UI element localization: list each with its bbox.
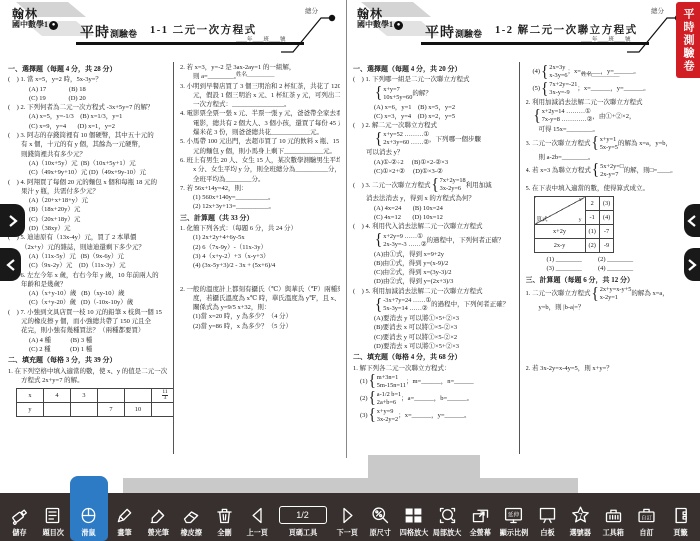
brand-subtitle: 國中數學1● [357,21,403,30]
option-line: (A)（11x-5y）元 (B)（9x-6y）元 [8,252,168,261]
question-line: 可得 15x=________。 [526,125,687,134]
question-line: ( ) 2. 下列何者為二元一次方程式 -3x+5y=7 的解？ [8,103,168,112]
toolbar-mouse-button[interactable]: 滑鼠 [70,476,108,541]
table-cell[interactable]: (2) [585,239,599,253]
page1-column-2: 2. 若 x=3，y=-2 是 3ax-2ay=1 的一組解，則 a=_____… [174,62,345,454]
brace-glyph: { [369,374,376,390]
option-line: (C)①×2+② (D)①×3-② [353,167,514,176]
system-prefix: 4. 若 x=3 為聯立方程式 [526,166,591,175]
option-line: (A)①-②÷2 (B)①×2-②×3 [353,158,514,167]
option-line: (D)要消去 x 可以將①×5+②×3 [353,342,514,351]
brace-glyph: { [375,131,382,147]
table-row: 算式xy2(3) [534,197,614,211]
brace-glyph: { [592,286,599,302]
system-suffix: ，由①+②×2， [592,112,635,121]
equation-line: 2x+3y=60 ……② [383,139,429,147]
question-line: ( ) 3. 阿志的存錢筒裡有 10 個硬幣，其中五十元的 [8,131,168,140]
toolbar-custom-button[interactable]: 自訂自訂 [630,492,663,541]
page-indicator: 1/2 [279,506,327,524]
table-cell[interactable]: -7 [599,225,613,239]
table-cell[interactable]: 2x-y [534,239,585,253]
toolbar-label: 白板 [540,527,554,537]
toolbar-display-ratio-button[interactable]: 延伸顯示比例 [497,492,530,541]
option-line: (B)要消去 x 可以將①×5-②×3 [353,323,514,332]
system-suffix: 的解為 x=a， [631,289,668,298]
question-line: (1) 560x+140y=__________。 [180,193,340,202]
score-label: 總分 [305,6,319,15]
question-line: (1)當 x=20 時，y 為多少？（4 分） [180,312,340,321]
equation-line: 2x+y=x-y+5 [600,286,632,294]
toolbar-label: 四格放大 [400,527,429,537]
save-icon [9,504,30,526]
number-picker-icon: 7 [570,504,591,526]
question-line: 則 a-2b=________。 [526,153,687,162]
chevron-right-icon [8,215,18,227]
prev-page-icon [247,504,268,526]
question-line: 1. 解下列各二元一次聯立方程式： [353,364,514,373]
var-y-label: y [579,217,582,223]
equation-line: 2a+b=6 [377,399,401,407]
option-line: (A) 17 (B) 18 [8,85,168,94]
next-page-icon [337,504,358,526]
table-cell[interactable]: 113 [152,389,175,403]
left-page-back-tab[interactable] [0,248,21,281]
system-suffix: 的解為 x=a，y=b， [618,139,672,148]
publisher-logo: 翰林 國中數學1● [12,8,58,30]
fraction-value: 113 [162,390,167,402]
page2-column-2: (4){2x=3yx-3y=6；x=______，y=______。(5){7x… [520,62,692,454]
option-line: (C) 19 (D) 20 [8,94,168,103]
publisher-logo: 翰林 國中數學1● [357,8,403,30]
equation-system-line: {x+y=710x+5y=60的解？ [353,86,514,102]
option-line: (C) 2 種 (D) 1 種 [8,345,168,354]
equation-system-line: {x+y=52 ………①2x+3y=60 ……②，下列哪一個步驟 [353,131,514,147]
system-prefix: (4) [533,67,541,76]
system-suffix: 利用加減 [466,181,492,190]
page2-header: 翰林 國中數學1● 平時測驗卷 1-2 解二元一次聯立方程式 ____年____… [347,0,691,60]
question-line: ( ) 4. 阿翔買了每個 20 元的麵包 x 個和每瓶 18 元的 [8,178,168,187]
equation-line: x+y=7 [383,86,412,94]
table-cell[interactable]: 2 [585,197,599,211]
equation-line: 7x+2y=-21 [549,81,577,89]
table-cell[interactable]: 7 [98,403,125,417]
equation-line: 2x-3y=-3 ……② [383,241,426,249]
toolbar-eraser-button[interactable]: 橡皮擦 [174,492,207,541]
volume-badge: ● [49,21,58,30]
system-suffix: ；a=______，b=______。 [401,394,473,403]
system-suffix: 的解，則□=____。 [624,166,677,175]
equation-system-line: 4. 若 x=3 為聯立方程式{5x+2y=□2x-y=7的解，則□=____。 [526,163,687,179]
question-line: 2. 若 3x-2y=x-4y=5，則 x+y=？ [526,364,687,373]
option-line: (A)由①式，得到 x=9+2y [353,250,514,259]
toolbar-whiteboard-button[interactable]: 白板 [530,492,563,541]
system-equations: 2x+y=x-y+5x-2y=1 [600,286,632,302]
question-line: (4) (3x-5y+3)/2 - 3x + (5x+6)/4 [180,261,340,270]
brace-glyph: { [592,163,599,179]
fullscreen-icon [470,504,491,526]
expression-table: 算式xy2(3)-1(4)x+2y(1)-72x-y(2)-9 [534,196,615,253]
equation-line: 5x-y=5 [600,144,618,152]
equation-line: x+y=52 ………① [383,131,429,139]
question-line: (2) 6（7x-9y）-（11x-3y） [180,243,340,252]
table-cell[interactable]: (1) [585,225,599,239]
page-tool-icon: 1/2 [279,504,327,526]
page1-body: 一、選擇題（每題 4 分，共 28 分）( ) 1. 當 x=5，y=2 時，5… [2,62,345,454]
page2-body: 一、選擇題（每題 4 分，共 20 分）( ) 1. 下列哪一組是二元一次聯立方… [347,62,691,454]
equation-line: 5x-3y=14 ……② [383,305,431,313]
brace-glyph: { [431,177,438,193]
student-info-blanks: ____年____班____號 姓名__________ [236,12,286,104]
toolbar-delete-all-button[interactable]: 全刪 [208,492,241,541]
display-ratio-icon: 延伸 [503,504,524,526]
system-equations: 7x+2y=-213x-y=-9 [549,81,577,97]
option-line: (A) 4x=24 (B) 10x=24 [353,204,514,213]
option-line: (C)（x+y-20）歲 (D)（-10x-10y）歲 [8,298,168,307]
system-prefix: (2) [360,394,368,403]
brace-glyph: { [369,408,376,424]
whiteboard-icon [537,504,558,526]
option-line: (A)（20+x+18+y）元 [8,196,168,205]
left-panel-expand-tab[interactable] [0,204,25,237]
toolbar-pen-button[interactable]: 畫筆 [108,492,141,541]
equation-system-line: 1. 二元一次聯立方程式{2x+y=x-y+5x-2y=1的解為 x=a， [526,286,687,302]
toolbar-partial-zoom-button[interactable]: 局部放大 [431,492,464,541]
test-sheet-page-2: 翰林 國中數學1● 平時測驗卷 1-2 解二元一次聯立方程式 ____年____… [346,0,691,458]
question-line: y=b，則 |b-a|=？ [526,303,687,312]
equation-line: 2x=3y [549,64,567,72]
brace-glyph: { [541,64,548,80]
table-cell[interactable] [152,403,175,417]
series-bookmark-tab[interactable]: 平時測驗卷 [676,2,700,78]
toolbar-label: 下一頁 [337,527,358,537]
toolbar-label: 全刪 [217,527,231,537]
brace-glyph: { [541,81,548,97]
fill-in-table: x43113y710 [16,388,174,417]
question-line: (2)當 y=86 時，x 為多少？（5 分） [180,322,340,331]
table-cell[interactable] [125,389,152,403]
toolbar-page-tool-button[interactable]: 1/2頁碼工具 [274,492,330,541]
four-grid-zoom-icon [403,504,424,526]
system-prefix: 1. 二元一次聯立方程式 [526,289,591,298]
section-heading: 三、計算題（共 33 分） [180,214,340,223]
option-line: (A) x=5，y=-1/3 (B) x=1/3，y=1 [8,112,168,121]
toolbar-number-picker-button[interactable]: 7選號器 [564,492,597,541]
right-page-forward-tab[interactable] [684,248,700,281]
system-equations: x+y=15x-y=5 [600,136,618,152]
table-cell[interactable]: -9 [599,239,613,253]
system-suffix: 的解？ [412,89,432,98]
equation-line: 5x+2y=□ [600,163,624,171]
toolbar-label: 儲存 [13,527,27,537]
option-line: (A) 4 種 (B) 3 種 [8,336,168,345]
question-line: 果汁 y 瓶，共需付多少元？ [8,187,168,196]
question-line: 則錢筒裡共有多少元？ [8,150,168,159]
system-equations: x+y=710x+5y=60 [383,86,412,102]
question-line: 元的麵包 y 個，則小馬身上剩下____________元。 [180,147,340,156]
question-line: ( ) 4. 利用代入消去法解二元一次聯立方程式 [353,222,514,231]
table-cell[interactable] [71,403,98,417]
equation-line: 3x-2y=6 [440,185,466,193]
table-cell[interactable] [98,389,125,403]
equation-line: 7x+2y=18 [440,177,466,185]
toolbar-label: 橡皮擦 [180,527,201,537]
question-line: 消去法消去 y，得到 x 的方程式為何？ [353,194,514,203]
option-line: (A)（10x+5y）元 (B)（10x+5y+1）元 [8,159,168,168]
system-equations: x+2y=9 ……①2x-3y=-3 ……② [383,233,426,249]
brand-subtitle: 國中數學1● [12,21,58,30]
toolbar-label: 局部放大 [433,527,462,537]
total-score-mark: 總分 [279,2,343,56]
toolbar: 儲存題目次滑鼠畫筆螢光筆橡皮擦全刪上一頁1/2頁碼工具下一頁原尺寸四格放大局部放… [0,493,700,541]
option-line: (3) ________ (4) ________ [526,264,687,273]
exam-viewer-app: 翰林 國中數學1● 平時測驗卷 1-1 二元一次方程式 ____年____班__… [0,0,700,541]
svg-text:7: 7 [578,512,582,521]
question-line: 6. 班上有男生 20 人、女生 15 人，某次數學測驗男生平均 [180,156,340,165]
toolbar-original-size-button[interactable]: 原尺寸 [364,492,397,541]
option-line: (A) x=6，y=1 (B) x=5，y=2 [353,103,514,112]
table-cell[interactable]: 3 [71,389,98,403]
option-line: (A)要消去 y 可以將①×5+②×3 [353,314,514,323]
system-suffix: ；m=______，n=______ [406,377,474,386]
toolbar-highlighter-button[interactable]: 螢光筆 [141,492,174,541]
equation-line: a-1/2 b=1 [377,391,401,399]
system-suffix: ，下列哪一個步驟 [429,135,481,144]
table-cell[interactable]: (3) [599,197,613,211]
section-heading: 三、計算題（每題 6 分，共 12 分） [526,276,687,285]
system-suffix: 的過程中，下列何者正確？ [427,236,505,245]
system-equations: x+y=93x-2y=2 [377,408,398,424]
toolbar-label: 滑鼠 [82,527,96,537]
question-line: ( ) 7. 小強到文具店買一枝 10 元的鉛筆 x 枝與一個 15 [8,308,168,317]
student-info-blanks: ____年____班____號 姓名__________ [581,12,631,104]
table-row: y710 [17,403,175,417]
question-line: 方程式 2x+y=7 的解。 [8,376,168,385]
question-line: 可以消去 y？ [353,148,514,157]
equation-line: 2x-y=7 [600,171,624,179]
system-prefix: ( ) 3. 二元一次聯立方程式 [353,181,430,190]
toolbar-toolbox-button[interactable]: 工具箱 [597,492,630,541]
equation-line: m+3n=1 [377,374,406,382]
question-line: 1. 在下列空格中填入適當的數，使 x、y 的值是二元一次 [8,367,168,376]
spacer [526,312,687,364]
pen-icon [114,504,135,526]
question-line: 1. 化簡下列各式：（每題 6 分，共 24 分） [180,224,340,233]
toolbar-label: 全螢幕 [470,527,491,537]
option-line: (B)（18x+20y）元 [8,205,168,214]
option-line: (C)由②式，得到 x=(3y-3)/2 [353,268,514,277]
page1-header: 翰林 國中數學1● 平時測驗卷 1-1 二元一次方程式 ____年____班__… [2,0,345,60]
table-cell[interactable] [44,403,71,417]
chevron-left-icon [687,215,697,227]
question-line: ( ) 2. 解二元一次聯立方程式 [353,121,514,130]
toolbar-four-grid-zoom-button[interactable]: 四格放大 [397,492,430,541]
option-line: (B)由①式，得到 y=(x-9)/2 [353,259,514,268]
toolbar-label: 頁籤 [673,527,687,537]
page1-column-1: 一、選擇題（每題 4 分，共 28 分）( ) 1. 當 x=5，y=2 時，5… [2,62,174,454]
toolbar-fullscreen-button[interactable]: 全螢幕 [464,492,497,541]
question-line: 5. 小馬帶 100 元出門，去超市買了 10 元的飲料 x 瓶、15 [180,137,340,146]
equation-line: x+y=1 [600,136,618,144]
toolbar-label: 上一頁 [247,527,268,537]
question-line: 花完，則小強有幾種買法？（兩種都要買） [8,326,168,335]
equation-system-line: {-3x+7y=24 ……①5x-3y=14 ……②的過程中，下列何者正確？ [353,297,514,313]
chevron-right-icon [687,259,697,271]
toolbar-label: 工具箱 [603,527,624,537]
toolbar-label: 選號器 [570,527,591,537]
page-tabs-icon [670,504,691,526]
equation-line: x+y=9 [377,408,398,416]
score-label: 總分 [651,6,665,15]
system-equations: x+2y=14 ………①7x-y=8 …………② [542,108,593,124]
toolbar-page-tabs-button[interactable]: 頁籤 [664,492,697,541]
mouse-icon [78,504,99,526]
system-prefix: (5) [533,84,541,93]
question-line: 2. 一般的溫度計上都刻有攝氏（℃）與華氏（℉）兩種刻 [180,285,340,294]
toolbar-save-button[interactable]: 儲存 [3,492,36,541]
option-line: (D)由②式，得到 y=(2x+3)/3 [353,277,514,286]
question-line: 度，若攝氏溫度為 x℃ 時，華氏溫度為 y℉，且 x、y 的 [180,294,340,303]
system-equations: 5x+2y=□2x-y=7 [600,163,624,179]
bottom-gray-panel [368,455,480,493]
question-line: ( ) 5. 利用加減消去法解二元一次聯立方程式 [353,287,514,296]
brace-glyph: { [375,233,382,249]
right-panel-expand-tab[interactable] [684,204,700,237]
question-line: （2x+y）元的雜誌，則迪迪還剩下多少元？ [8,243,168,252]
question-line: 4. 電影票全票一張 x 元、半票一張 y 元，爸爸帶全家去看 [180,109,340,118]
option-line: (C) 4x=12 (D) 10x=12 [353,213,514,222]
question-line: x 分、女生平均 y 分，則全班總分為__________分， [180,165,340,174]
question-line: 全班平均為________分。 [180,175,340,184]
brace-glyph: { [592,136,599,152]
table-cell[interactable]: 10 [125,403,152,417]
table-cell[interactable]: -1 [585,211,599,225]
toolbar-label: 題目次 [42,527,63,537]
equation-system-line: {x+2y=14 ………①7x-y=8 …………②，由①+②×2， [526,108,687,124]
section-heading: 一、選擇題（每題 4 分，共 20 分） [353,65,514,74]
question-line: (2) 12x+3y+13=__________。 [180,202,340,211]
equation-line: 10x+5y=60 [383,94,412,102]
toolbar-label: 畫筆 [117,527,131,537]
system-suffix: 的過程中，下列何者正確？ [431,300,509,309]
equation-line: x-2y=1 [600,294,632,302]
question-line: 電影，總共有 2 個大人、3 個小孩，還買了每份 45 元的 [180,119,340,128]
option-line: (1) ________ (2) ________ [526,255,687,264]
table-row: 2x-y(2)-9 [534,239,614,253]
table-cell[interactable]: y [17,403,44,417]
equation-system-line: (3){x+y=93x-2y=2；x=______，y=______。 [353,408,514,424]
delete-all-icon [214,504,235,526]
question-line: 關係式為 y=9/5 x+32，則： [180,303,340,312]
volume-badge: ● [394,21,403,30]
page2-column-1: 一、選擇題（每題 4 分，共 20 分）( ) 1. 下列哪一組是二元一次聯立方… [347,62,520,454]
series-title: 平時測驗卷 [425,22,482,42]
toolbox-icon [603,504,624,526]
option-line: (C)要消去 y 可以將①×5-②×2 [353,333,514,342]
section-heading: 二、填充題（每格 4 分，共 68 分） [353,353,514,362]
series-title: 平時測驗卷 [80,22,137,42]
question-line: ( ) 6. 左左今年 x 歲，右右今年 y 歲，10 年前兩人的 [8,271,168,280]
option-line: (C)（20x+18y）元 [8,215,168,224]
question-line: ( ) 5. 迪迪原有（13x-4y）元，買了 2 本單價 [8,233,168,242]
brace-glyph: { [375,86,382,102]
brace-glyph: { [534,108,541,124]
test-sheet-page-1: 翰林 國中數學1● 平時測驗卷 1-1 二元一次方程式 ____年____班__… [2,0,345,458]
equation-line: 5m-15n=11 [377,382,406,390]
brace-glyph: { [369,391,376,407]
option-line: (D)（38xy）元 [8,224,168,233]
system-prefix: (1) [360,377,368,386]
toolbar-next-page-button[interactable]: 下一頁 [331,492,364,541]
svg-text:延伸: 延伸 [508,510,520,518]
chevron-left-icon [6,259,16,271]
question-line: (1) 2x+2y+4+6y-5x [180,233,340,242]
question-line: 元的橡皮擦 y 個，而小強總共帶了 150 元且全 [8,317,168,326]
system-equations: 2x=3yx-3y=6 [549,64,567,80]
equation-line: -3x+7y=24 ……① [383,297,431,305]
spacer [180,271,340,285]
option-line: (C)（49x+9y+10）元 (D)（49x+9y-10）元 [8,168,168,177]
system-prefix: 3. 二元一次聯立方程式 [526,139,591,148]
table-row: x43113 [17,389,175,403]
table-row: x+2y(1)-7 [534,225,614,239]
table-cell[interactable]: 4 [44,389,71,403]
brace-glyph: { [375,297,382,313]
toolbar-label: 顯示比例 [500,527,529,537]
question-index-icon [42,504,63,526]
system-equations: 7x+2y=183x-2y=6 [440,177,466,193]
question-line: (3) 4（x+y-2）+3（x-y+3） [180,252,340,261]
question-line: 年齡和是幾歲？ [8,280,168,289]
option-line: (C) x=9，y=4 (D) x=1，y=2 [8,122,168,131]
var-x-label: x [579,197,582,203]
equation-line: 7x-y=8 …………② [542,116,593,124]
highlighter-icon [147,504,168,526]
equation-line: 3x-2y=2 [377,416,398,424]
equation-line: x+2y=9 ……① [383,233,426,241]
question-line: ( ) 1. 當 x=5，y=2 時，5x-3y=？ [8,75,168,84]
equation-system-line: (2){a-1/2 b=12a+b=6；a=______，b=______。 [353,391,514,407]
option-line: (C) x=3，y=4 (D) x=2，y=5 [353,112,514,121]
toolbar-question-index-button[interactable]: 題目次 [36,492,69,541]
toolbar-label: 原尺寸 [370,527,391,537]
question-line: 5. 在下表中填入適當的數，使得算式成立。 [526,184,687,193]
option-line: (A)（x+y-10）歲 (B)（xy-10）歲 [8,289,168,298]
toolbar-label: 螢光筆 [147,527,168,537]
toolbar-label: 自訂 [640,527,654,537]
toolbar-label: 頁碼工具 [288,527,317,537]
partial-zoom-icon [437,504,458,526]
system-equations: x+y=52 ………①2x+3y=60 ……② [383,131,429,147]
equation-system-line: {x+2y=9 ……①2x-3y=-3 ……②的過程中，下列何者正確？ [353,233,514,249]
score-dot-icon [329,15,335,21]
equation-line: x+2y=14 ………① [542,108,593,116]
system-equations: a-1/2 b=12a+b=6 [377,391,401,407]
toolbar-prev-page-button[interactable]: 上一頁 [241,492,274,541]
question-line: 有 x 個，十元的有 y 個，其餘為一元硬幣， [8,140,168,149]
equation-system-line: ( ) 3. 二元一次聯立方程式{7x+2y=183x-2y=6利用加減 [353,177,514,193]
question-line: 7. 若 56x+14y=42，則： [180,184,340,193]
diagonal-header-cell: 算式xy [534,197,585,225]
bottom-gray-strip [123,478,578,493]
table-cell[interactable]: (4) [599,211,613,225]
section-heading: 一、選擇題（每題 4 分，共 28 分） [8,65,168,74]
table-cell[interactable]: x [17,389,44,403]
section-heading: 二、填充題（每格 3 分，共 39 分） [8,356,168,365]
system-equations: m+3n=15m-15n=11 [377,374,406,390]
equation-line: 3x-y=-9 [549,89,577,97]
system-equations: -3x+7y=24 ……①5x-3y=14 ……② [383,297,431,313]
table-cell[interactable]: x+2y [534,225,585,239]
